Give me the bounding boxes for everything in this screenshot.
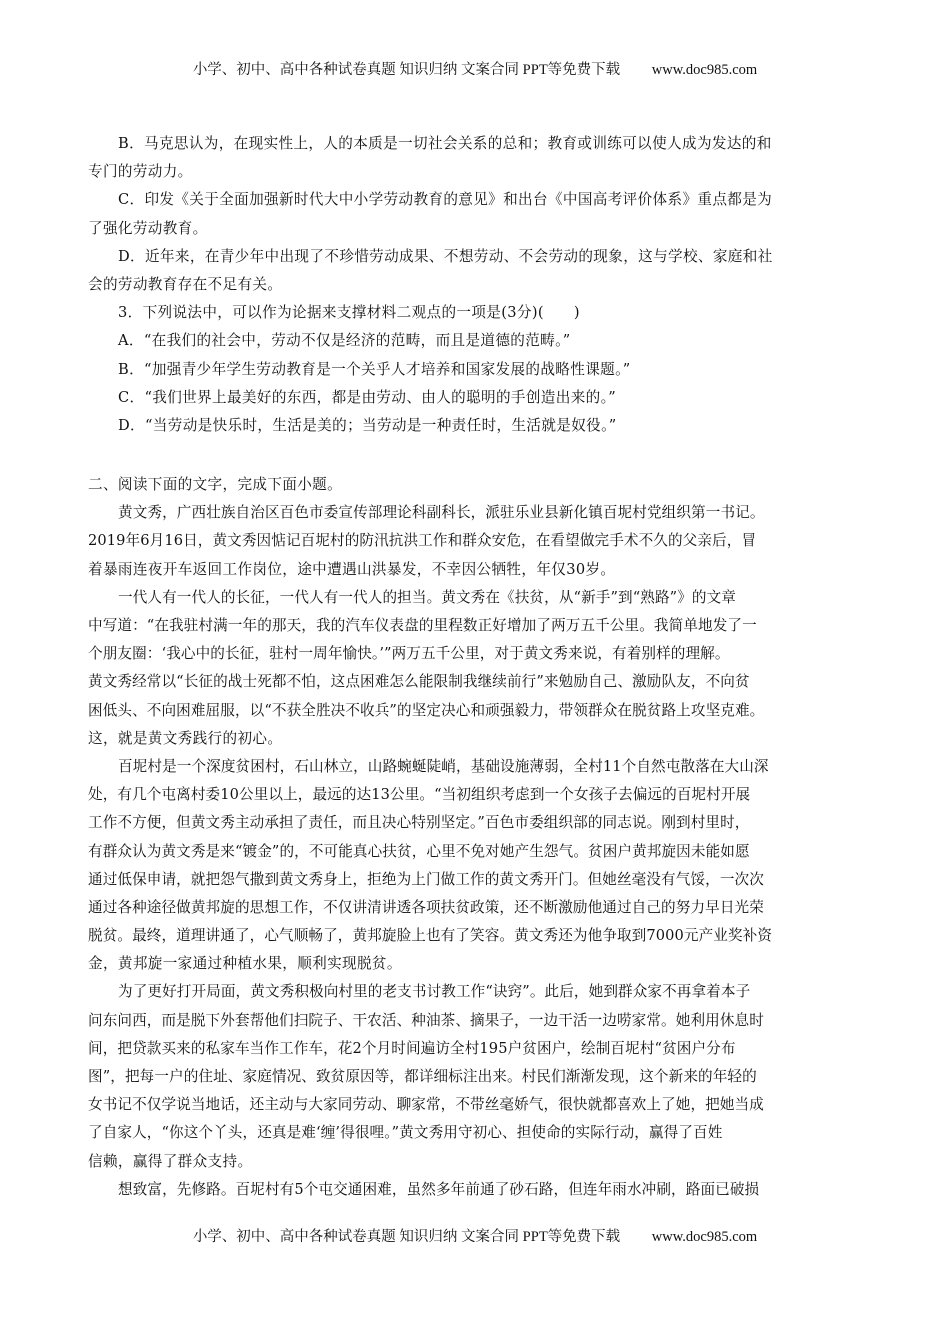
- text-line: 问东问西，而是脱下外套帮他们扫院子、干农活、种油茶、摘果子，一边干活一边唠家常。…: [88, 1007, 864, 1035]
- q2-option-b: B．马克思认为，在现实性上，人的本质是一切社会关系的总和；教育或训练可以使人成为…: [88, 130, 864, 186]
- header-site-link[interactable]: www.doc985.com: [652, 62, 757, 78]
- text-line: 金，黄邦旋一家通过种植水果，顺利实现脱贫。: [88, 950, 864, 978]
- text-line: 通过低保申请，就把怨气撒到黄文秀身上，拒绝为上门做工作的黄文秀开门。但她丝毫没有…: [88, 866, 864, 894]
- text-line: 了强化劳动教育。: [88, 215, 864, 243]
- document-body: B．马克思认为，在现实性上，人的本质是一切社会关系的总和；教育或训练可以使人成为…: [88, 130, 864, 1204]
- page-footer-banner: 小学、初中、高中各种试卷真题 知识归纳 文案合同 PPT等免费下载 www.do…: [0, 1225, 950, 1246]
- text-line: 间，把贷款买来的私家车当作工作车，花2个月时间遍访全村195户贫困户，绘制百坭村…: [88, 1035, 864, 1063]
- question-stem: 3．下列说法中，可以作为论据来支撑材料二观点的一项是(3分)( ): [88, 299, 864, 327]
- paragraph-5: 想致富，先修路。百坭村有5个屯交通困难，虽然多年前通了砂石路，但连年雨水冲刷，路…: [88, 1176, 864, 1204]
- text-line: 为了更好打开局面，黄文秀积极向村里的老支书讨教工作“诀窍”。此后，她到群众家不再…: [88, 978, 864, 1006]
- text-line: 处，有几个屯离村委10公里以上，最远的达13公里。“当初组织考虑到一个女孩子去偏…: [88, 781, 864, 809]
- q3-option-d: D．“当劳动是快乐时，生活是美的；当劳动是一种责任时，生活就是奴役。”: [88, 412, 864, 440]
- text-line: 想致富，先修路。百坭村有5个屯交通困难，虽然多年前通了砂石路，但连年雨水冲刷，路…: [88, 1176, 864, 1204]
- q2-option-d: D．近年来，在青少年中出现了不珍惜劳动成果、不想劳动、不会劳动的现象，这与学校、…: [88, 243, 864, 299]
- text-line: 这，就是黄文秀践行的初心。: [88, 725, 864, 753]
- text-line: 专门的劳动力。: [88, 158, 864, 186]
- q3-option-c: C．“我们世界上最美好的东西，都是由劳动、由人的聪明的手创造出来的。”: [88, 384, 864, 412]
- page-header-banner: 小学、初中、高中各种试卷真题 知识归纳 文案合同 PPT等免费下载 www.do…: [0, 58, 950, 79]
- text-line: D．近年来，在青少年中出现了不珍惜劳动成果、不想劳动、不会劳动的现象，这与学校、…: [88, 243, 864, 271]
- text-line: 脱贫。最终，道理讲通了，心气顺畅了，黄邦旋脸上也有了笑容。黄文秀还为他争取到70…: [88, 922, 864, 950]
- paragraph-1: 黄文秀，广西壮族自治区百色市委宣传部理论科副科长，派驻乐业县新化镇百坭村党组织第…: [88, 499, 864, 584]
- text-line: 图”，把每一户的住址、家庭情况、致贫原因等，都详细标注出来。村民们渐渐发现，这个…: [88, 1063, 864, 1091]
- paragraph-3: 百坭村是一个深度贫困村，石山林立，山路蜿蜒陡峭，基础设施薄弱，全村11个自然屯散…: [88, 753, 864, 979]
- section-title: 二、阅读下面的文字，完成下面小题。: [88, 471, 864, 499]
- text-line: 一代人有一代人的长征，一代人有一代人的担当。黄文秀在《扶贫，从“新手”到“熟路”…: [88, 584, 864, 612]
- text-line: B．马克思认为，在现实性上，人的本质是一切社会关系的总和；教育或训练可以使人成为…: [88, 130, 864, 158]
- paragraph-4: 为了更好打开局面，黄文秀积极向村里的老支书讨教工作“诀窍”。此后，她到群众家不再…: [88, 978, 864, 1175]
- text-line: C．印发《关于全面加强新时代大中小学劳动教育的意见》和出台《中国高考评价体系》重…: [88, 186, 864, 214]
- footer-site-link[interactable]: www.doc985.com: [652, 1229, 757, 1245]
- section-2: 二、阅读下面的文字，完成下面小题。 黄文秀，广西壮族自治区百色市委宣传部理论科副…: [88, 471, 864, 1204]
- text-line: 女书记不仅学说当地话，还主动与大家同劳动、聊家常，不带丝毫娇气，很快就都喜欢上了…: [88, 1091, 864, 1119]
- header-text: 小学、初中、高中各种试卷真题 知识归纳 文案合同 PPT等免费下载: [193, 62, 620, 78]
- text-line: 2019年6月16日，黄文秀因惦记百坭村的防汛抗洪工作和群众安危，在看望做完手术…: [88, 527, 864, 555]
- text-line: 百坭村是一个深度贫困村，石山林立，山路蜿蜒陡峭，基础设施薄弱，全村11个自然屯散…: [88, 753, 864, 781]
- footer-text: 小学、初中、高中各种试卷真题 知识归纳 文案合同 PPT等免费下载: [193, 1229, 620, 1245]
- paragraph-2: 一代人有一代人的长征，一代人有一代人的担当。黄文秀在《扶贫，从“新手”到“熟路”…: [88, 584, 864, 753]
- text-line: 通过各种途径做黄邦旋的思想工作，不仅讲清讲透各项扶贫政策，还不断激励他通过自己的…: [88, 894, 864, 922]
- text-line: 个朋友圈：‘我心中的长征，驻村一周年愉快。’”两万五千公里，对于黄文秀来说，有着…: [88, 640, 864, 668]
- text-line: 会的劳动教育存在不足有关。: [88, 271, 864, 299]
- text-line: 着暴雨连夜开车返回工作岗位，途中遭遇山洪暴发，不幸因公牺牲，年仅30岁。: [88, 556, 864, 584]
- q3-option-b: B．“加强青少年学生劳动教育是一个关乎人才培养和国家发展的战略性课题。”: [88, 356, 864, 384]
- text-line: 信赖，赢得了群众支持。: [88, 1148, 864, 1176]
- q2-option-c: C．印发《关于全面加强新时代大中小学劳动教育的意见》和出台《中国高考评价体系》重…: [88, 186, 864, 242]
- q3-option-a: A．“在我们的社会中，劳动不仅是经济的范畴，而且是道德的范畴。”: [88, 327, 864, 355]
- text-line: 中写道：“在我驻村满一年的那天，我的汽车仪表盘的里程数正好增加了两万五千公里。我…: [88, 612, 864, 640]
- text-line: 困低头、不向困难屈服，以“不获全胜决不收兵”的坚定决心和顽强毅力，带领群众在脱贫…: [88, 697, 864, 725]
- question-3: 3．下列说法中，可以作为论据来支撑材料二观点的一项是(3分)( ) A．“在我们…: [88, 299, 864, 440]
- text-line: 黄文秀经常以“长征的战士死都不怕，这点困难怎么能限制我继续前行”来勉励自己、激励…: [88, 668, 864, 696]
- text-line: 了自家人，“你这个丫头，还真是难‘缠’得很哩。”黄文秀用守初心、担使命的实际行动…: [88, 1119, 864, 1147]
- text-line: 有群众认为黄文秀是来“镀金”的，不可能真心扶贫，心里不免对她产生怨气。贫困户黄邦…: [88, 838, 864, 866]
- text-line: 黄文秀，广西壮族自治区百色市委宣传部理论科副科长，派驻乐业县新化镇百坭村党组织第…: [88, 499, 864, 527]
- section-spacer: [88, 440, 864, 471]
- text-line: 工作不方便，但黄文秀主动承担了责任，而且决心特别坚定。”百色市委组织部的同志说。…: [88, 809, 864, 837]
